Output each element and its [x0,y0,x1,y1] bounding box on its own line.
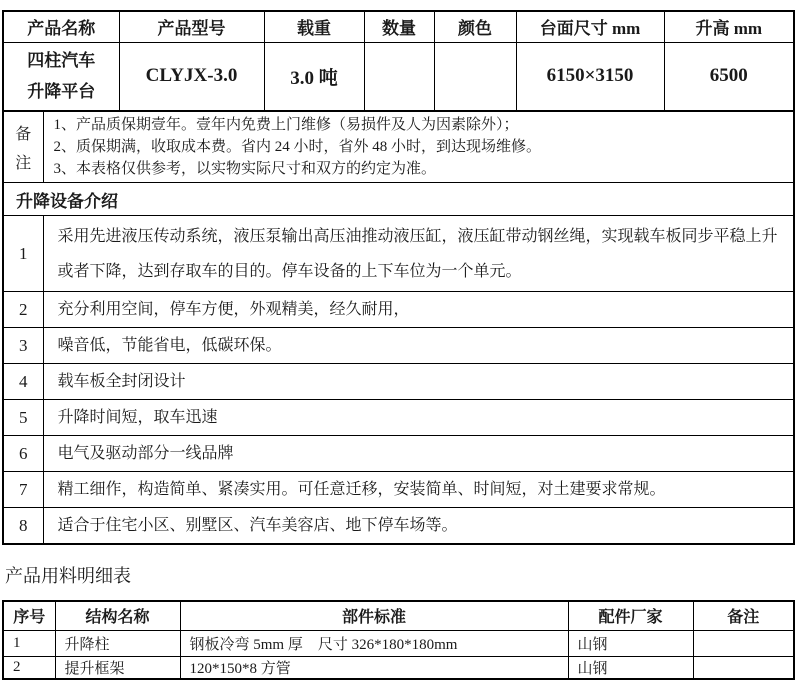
intro-item-row: 1 采用先进液压传动系统，液压泵输出高压油推动液压缸，液压缸带动钢丝绳，实现载车… [3,216,794,292]
materials-row-structure: 升降柱 [55,630,180,656]
materials-row-standard: 120*150*8 方管 [180,656,568,679]
intro-section-header-row: 升降设备介绍 [3,183,794,216]
materials-header-standard: 部件标准 [180,601,568,630]
notes-label-cell: 备 注 [3,111,43,183]
materials-table: 序号 结构名称 部件标准 配件厂家 备注 1 升降柱 钢板冷弯 5mm 厚 尺寸… [2,600,795,680]
materials-row-supplier: 山钢 [568,630,693,656]
notes-intro-table: 备 注 1、产品质保期壹年。壹年内免费上门维修（易损件及人为因素除外）； 2、质… [2,110,795,545]
notes-label-char1: 备 [4,121,43,144]
intro-item-number: 3 [3,328,43,364]
spec-table: 产品名称 产品型号 载重 数量 颜色 台面尺寸 mm 升高 mm 四柱汽车 升降… [2,10,795,112]
spec-product-name-line1: 四柱汽车 [4,45,119,76]
materials-row-no: 2 [3,656,55,679]
intro-item-text: 充分利用空间，停车方便，外观精美，经久耐用， [43,292,794,328]
spec-lift-height-value: 6500 [664,42,794,111]
materials-row-structure: 提升框架 [55,656,180,679]
note-line: 1、产品质保期壹年。壹年内免费上门维修（易损件及人为因素除外）； [54,114,788,136]
spec-product-name-value: 四柱汽车 升降平台 [3,42,119,111]
intro-item-number: 8 [3,508,43,545]
intro-item-text: 电气及驱动部分一线品牌 [43,436,794,472]
spec-header-color: 颜色 [434,11,516,42]
intro-item-row: 8 适合于住宅小区、别墅区、汽车美容店、地下停车场等。 [3,508,794,545]
spec-load-value: 3.0 吨 [264,42,364,111]
product-spec-document: 产品名称 产品型号 载重 数量 颜色 台面尺寸 mm 升高 mm 四柱汽车 升降… [0,0,800,690]
materials-row-supplier: 山钢 [568,656,693,679]
spec-color-value [434,42,516,111]
intro-item-text: 噪音低，节能省电，低碳环保。 [43,328,794,364]
notes-body-cell: 1、产品质保期壹年。壹年内免费上门维修（易损件及人为因素除外）； 2、质保期满，… [43,111,794,183]
spec-header-platform-size: 台面尺寸 mm [516,11,664,42]
intro-section-title: 升降设备介绍 [3,183,794,216]
materials-title: 产品用料明细表 [5,565,793,587]
spec-header-model: 产品型号 [119,11,264,42]
spec-header-lift-height: 升高 mm [664,11,794,42]
intro-item-number: 4 [3,364,43,400]
materials-row-no: 1 [3,630,55,656]
note-line: 3、本表格仅供参考，以实物实际尺寸和双方的约定为准。 [54,158,788,180]
intro-item-number: 2 [3,292,43,328]
intro-item-row: 2 充分利用空间，停车方便，外观精美，经久耐用， [3,292,794,328]
materials-header-structure: 结构名称 [55,601,180,630]
intro-item-row: 6 电气及驱动部分一线品牌 [3,436,794,472]
materials-row-remark [693,656,794,679]
spec-quantity-value [364,42,434,111]
intro-item-text: 升降时间短，取车迅速 [43,400,794,436]
intro-item-number: 7 [3,472,43,508]
intro-item-number: 1 [3,216,43,292]
intro-item-text: 适合于住宅小区、别墅区、汽车美容店、地下停车场等。 [43,508,794,545]
intro-item-text: 载车板全封闭设计 [43,364,794,400]
intro-item-number: 6 [3,436,43,472]
notes-row: 备 注 1、产品质保期壹年。壹年内免费上门维修（易损件及人为因素除外）； 2、质… [3,111,794,183]
intro-item-text: 精工细作，构造简单、紧凑实用。可任意迁移，安装简单、时间短，对土建要求常规。 [43,472,794,508]
spec-product-name-line2: 升降平台 [4,76,119,107]
intro-item-row: 7 精工细作，构造简单、紧凑实用。可任意迁移，安装简单、时间短，对土建要求常规。 [3,472,794,508]
materials-header-remark: 备注 [693,601,794,630]
materials-header-supplier: 配件厂家 [568,601,693,630]
intro-item-row: 5 升降时间短，取车迅速 [3,400,794,436]
materials-header-row: 序号 结构名称 部件标准 配件厂家 备注 [3,601,794,630]
note-line: 2、质保期满，收取成本费。省内 24 小时，省外 48 小时，到达现场维修。 [54,136,788,158]
intro-item-text: 采用先进液压传动系统，液压泵输出高压油推动液压缸，液压缸带动钢丝绳，实现载车板同… [43,216,794,292]
spec-model-value: CLYJX-3.0 [119,42,264,111]
materials-row: 1 升降柱 钢板冷弯 5mm 厚 尺寸 326*180*180mm 山钢 [3,630,794,656]
spec-platform-size-value: 6150×3150 [516,42,664,111]
notes-label-char2: 注 [4,150,43,173]
spec-header-product-name: 产品名称 [3,11,119,42]
spec-header-quantity: 数量 [364,11,434,42]
spec-header-row: 产品名称 产品型号 载重 数量 颜色 台面尺寸 mm 升高 mm [3,11,794,42]
materials-row: 2 提升框架 120*150*8 方管 山钢 [3,656,794,679]
intro-item-row: 3 噪音低，节能省电，低碳环保。 [3,328,794,364]
materials-row-standard: 钢板冷弯 5mm 厚 尺寸 326*180*180mm [180,630,568,656]
materials-row-remark [693,630,794,656]
materials-header-no: 序号 [3,601,55,630]
intro-item-number: 5 [3,400,43,436]
intro-item-row: 4 载车板全封闭设计 [3,364,794,400]
spec-header-load: 载重 [264,11,364,42]
spec-data-row: 四柱汽车 升降平台 CLYJX-3.0 3.0 吨 6150×3150 6500 [3,42,794,111]
